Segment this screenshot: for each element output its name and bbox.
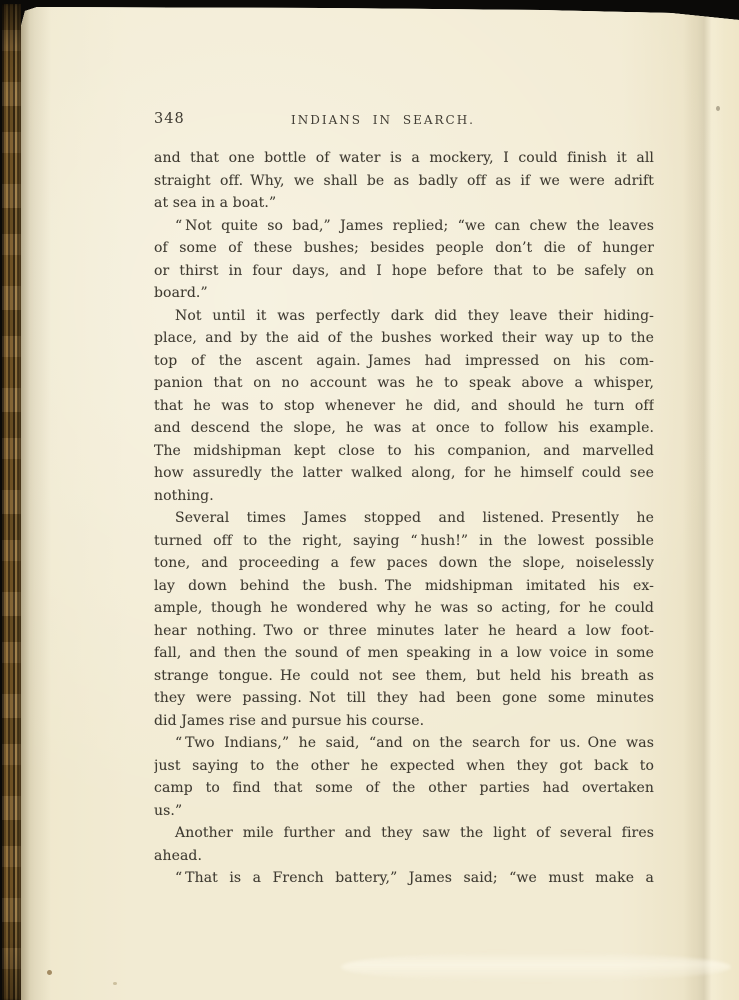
paper-speck xyxy=(113,982,117,985)
text-line: tone, and proceeding a few paces down th… xyxy=(154,552,654,575)
text-line: nothing. xyxy=(154,485,654,508)
text-line: lay down behind the bush. The midshipman… xyxy=(154,575,654,598)
page-fold-crease xyxy=(683,0,725,1000)
text-line: us.” xyxy=(154,800,654,823)
page-header: 348 INDIANS IN SEARCH. xyxy=(154,108,654,131)
text-line: that he was to stop whenever he did, and… xyxy=(154,395,654,418)
text-line: straight off. Why, we shall be as badly … xyxy=(154,170,654,193)
text-content: 348 INDIANS IN SEARCH. and that one bott… xyxy=(154,108,654,890)
text-line: “ Two Indians,” he said, “and on the sea… xyxy=(154,732,654,755)
text-line: The midshipman kept close to his compani… xyxy=(154,440,654,463)
running-header: INDIANS IN SEARCH. xyxy=(133,109,633,131)
text-line: and that one bottle of water is a mocker… xyxy=(154,147,654,170)
text-line: Not until it was perfectly dark did they… xyxy=(154,305,654,328)
text-line: Several times James stopped and listened… xyxy=(154,507,654,530)
text-line: at sea in a boat.” xyxy=(154,192,654,215)
text-line: ahead. xyxy=(154,845,654,868)
text-line: did James rise and pursue his course. xyxy=(154,710,654,733)
text-line: just saying to the other he expected whe… xyxy=(154,755,654,778)
text-line: how assuredly the latter walked along, f… xyxy=(154,462,654,485)
text-line: Another mile further and they saw the li… xyxy=(154,822,654,845)
text-line: or thirst in four days, and I hope befor… xyxy=(154,260,654,283)
text-line: hear nothing. Two or three minutes later… xyxy=(154,620,654,643)
book-spine-edge xyxy=(2,4,21,1000)
text-line: top of the ascent again. James had impre… xyxy=(154,350,654,373)
book-page: 348 INDIANS IN SEARCH. and that one bott… xyxy=(21,0,739,1000)
text-line: turned off to the right, saying “ hush!”… xyxy=(154,530,654,553)
text-line: place, and by the aid of the bushes work… xyxy=(154,327,654,350)
text-line: board.” xyxy=(154,282,654,305)
text-line: “ That is a French battery,” James said;… xyxy=(154,867,654,890)
text-line: they were passing. Not till they had bee… xyxy=(154,687,654,710)
text-line: strange tongue. He could not see them, b… xyxy=(154,665,654,688)
text-line: ample, though he wondered why he was so … xyxy=(154,597,654,620)
scanned-book-page: 348 INDIANS IN SEARCH. and that one bott… xyxy=(0,0,739,1000)
paper-speck xyxy=(47,970,52,975)
text-line: panion that on no account was he to spea… xyxy=(154,372,654,395)
gutter-shadow xyxy=(21,0,51,1000)
text-line: and descend the slope, he was at once to… xyxy=(154,417,654,440)
text-block: and that one bottle of water is a mocker… xyxy=(154,147,654,890)
text-line: “ Not quite so bad,” James replied; “we … xyxy=(154,215,654,238)
text-line: camp to find that some of the other part… xyxy=(154,777,654,800)
paper-speck xyxy=(716,106,720,111)
text-line: of some of these bushes; besides people … xyxy=(154,237,654,260)
paper-light-streak xyxy=(341,952,731,982)
text-line: fall, and then the sound of men speaking… xyxy=(154,642,654,665)
